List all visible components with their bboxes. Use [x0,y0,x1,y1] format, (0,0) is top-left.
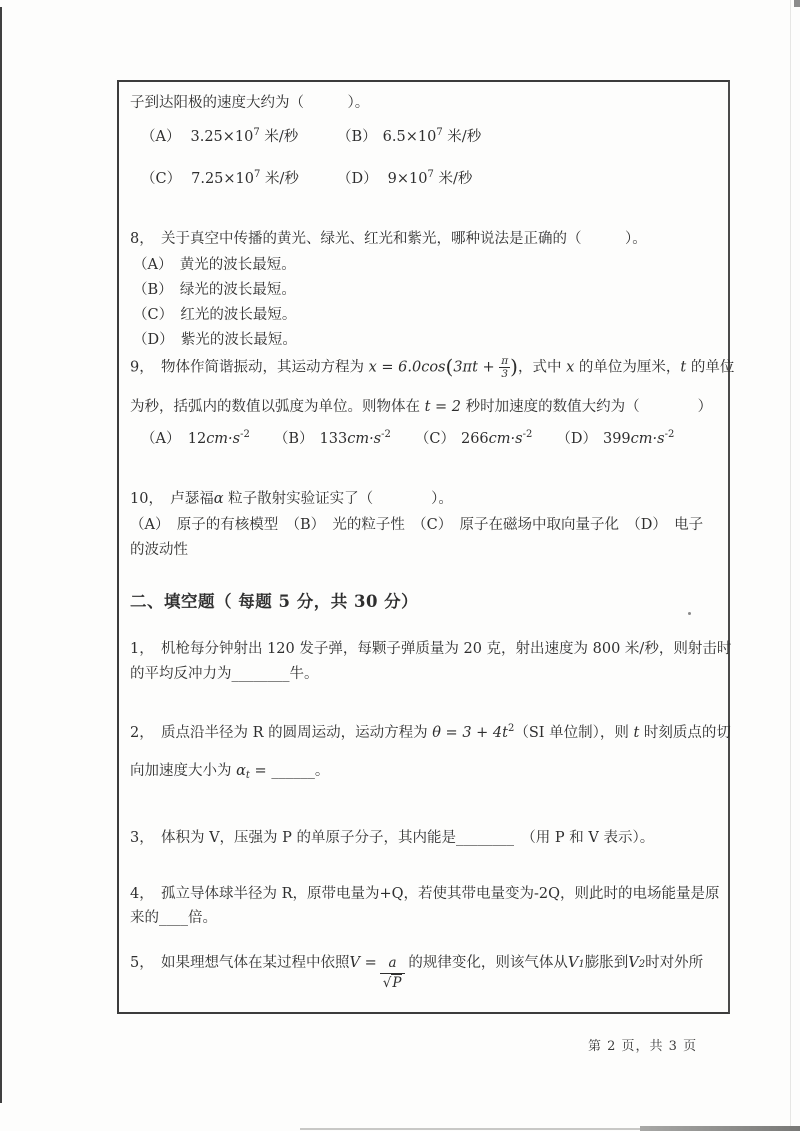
theta-equation: θ = 3 + 4t [432,725,508,741]
q8-option-a: （A） 黄光的波长最短。 [133,254,296,276]
close-paren: ) [510,355,518,379]
section-2-title: 二、填空题（ 每题 5 分，共 30 分） [130,591,418,613]
q9-option-d: （D）399cm·s-2 [556,428,674,450]
scan-edge-right-line [790,0,791,1131]
q8-stem: 8， 关于真空中传播的黄光、绿光、红光和紫光，哪种说法是正确的（ ）。 [130,228,647,250]
q9-option-a: （A） 12cm·s-2 [141,428,250,450]
option-unit: 米/秒 [434,171,473,187]
exponent: -2 [240,429,250,440]
q9-text: 的单位 [686,360,734,376]
option-unit: cm·s [489,431,523,447]
fill3-line: 3， 体积为 V，压强为 P 的单原子分子，其内能是________ （用 P … [130,827,654,849]
option-unit: cm·s [347,431,381,447]
fraction-numerator: a [386,956,400,973]
q7-options-row-1: （A）3.25×107 米/秒 （B）6.5×107 米/秒 [141,126,481,148]
pi-over-3-fraction: π3 [499,355,510,380]
q10-options-line-2: 的波动性 [130,539,188,561]
q9-equation-arg: 3πt + [453,360,499,376]
q7-option-b: （B）6.5×107 米/秒 [337,126,481,148]
page-number-footer: 第 2 页，共 3 页 [588,1036,697,1058]
q10-text: 粒子散射实验证实了（ ）。 [224,491,453,507]
exponent: -2 [523,429,533,440]
fill2-line-2: 向加速度大小为 αt = ______。 [130,760,329,782]
fill2-line-1: 2， 质点沿半径为 R 的圆周运动，运动方程为 θ = 3 + 4t2（SI 单… [130,722,731,744]
scan-edge-left-line [0,7,2,1103]
a-over-sqrt-p-fraction: a√P [380,956,406,991]
option-unit: cm·s [206,431,240,447]
q9-text: 为秒，括弧内的数值以弧度为单位。则物体在 [130,399,425,415]
radicand-p: P [391,974,402,991]
fill2-text: （SI 单位制），则 [514,725,633,741]
scanned-exam-page: 子到达阳极的速度大约为（ ）。 （A）3.25×107 米/秒 （B）6.5×1… [0,0,800,1131]
option-value: 6.5×10 [383,129,437,145]
exam-content-frame [117,80,730,1014]
q7-options-row-2: （C）7.25×107 米/秒 （D）9×107 米/秒 [141,168,472,190]
option-unit: 米/秒 [260,129,299,145]
q9-options-row: （A） 12cm·s-2 （B）133cm·s-2 （C）266cm·s-2 （… [141,428,674,450]
option-label: （A） [141,431,188,447]
q8-option-d: （D） 紫光的波长最短。 [133,329,297,351]
option-unit: 米/秒 [443,129,482,145]
alpha-symbol: α [236,763,246,779]
math-v1: V [568,952,578,974]
option-label: （D） [337,171,378,187]
option-value: 7.25×10 [191,171,254,187]
q9-line-2: 为秒，括弧内的数值以弧度为单位。则物体在 t = 2 秒时加速度的数值大约为（ … [130,396,712,418]
fill5-text: 5， 如果理想气体在某过程中依照 [130,952,349,974]
fill4-line-1: 4， 孤立导体球半径为 R，原带电量为+Q，若使其带电量变为-2Q，则此时的电场… [130,883,720,905]
exponent: -2 [381,429,391,440]
option-unit: 米/秒 [260,171,299,187]
option-value: 9×10 [388,171,428,187]
fill1-line-1: 1， 机枪每分钟射出 120 发子弹，每颗子弹质量为 20 克，射出速度为 80… [130,638,731,660]
option-label: （D） [556,431,597,447]
fill2-text: 时刻质点的切 [639,725,731,741]
fill5-text: 时对外所 [645,952,703,974]
q7-option-a: （A）3.25×107 米/秒 [141,126,337,148]
period: 。 [315,763,330,779]
q10-text: 10， 卢瑟福 [130,491,214,507]
q8-option-c: （C） 红光的波长最短。 [133,304,296,326]
q9-option-b: （B）133cm·s-2 [274,428,391,450]
exponent: -2 [665,429,675,440]
option-value: 266 [461,431,489,447]
fraction-denominator: 3 [499,367,510,380]
fill2-text: 向加速度大小为 [130,763,236,779]
option-label: （C） [141,171,181,187]
fill4-line-2: 来的____倍。 [130,907,217,929]
q9-text: 的单位为厘米， [574,360,680,376]
option-value: 133 [320,431,348,447]
q9-text: 9， 物体作简谐振动，其运动方程为 [130,360,369,376]
fill5-text: 的规律变化，则该气体从 [408,952,568,974]
q7-stem-text: 子到达阳极的速度大约为（ ）。 [130,95,369,111]
option-value: 399 [603,431,631,447]
fraction-numerator: π [499,355,510,367]
q9-text: 秒时加速度的数值大约为（ ） [461,399,712,415]
fraction-denominator: √P [380,973,406,992]
option-value: 12 [188,431,206,447]
math-t-equals-2: t = 2 [425,399,461,415]
q10-options-line-1: （A） 原子的有核模型 （B） 光的粒子性 （C） 原子在磁场中取向量子化 （D… [130,514,703,536]
q7-option-c: （C）7.25×107 米/秒 [141,168,337,190]
option-label: （A） [141,129,180,145]
scan-bottom-light-band [300,1128,645,1130]
q9-text: ，式中 [518,360,566,376]
q7-option-d: （D）9×107 米/秒 [337,168,472,190]
math-v-equals: V = [349,952,376,974]
option-value: 3.25×10 [190,129,253,145]
q8-option-b: （B） 绿光的波长最短。 [133,279,296,301]
q7-stem-tail: 子到达阳极的速度大约为（ ）。 [130,92,369,114]
q9-line-1: 9， 物体作简谐振动，其运动方程为 x = 6.0cos(3πt + π3)，式… [130,355,734,380]
scan-bottom-dark-band [640,1126,800,1131]
option-label: （C） [415,431,455,447]
q9-equation: x = 6.0cos [369,360,446,376]
alpha-symbol: α [214,491,224,507]
q9-option-c: （C）266cm·s-2 [415,428,532,450]
q10-stem: 10， 卢瑟福α 粒子散射实验证实了（ ）。 [130,488,453,510]
equals-sign: = [250,763,271,779]
scan-corner-mark [794,0,800,7]
option-label: （B） [274,431,314,447]
answer-blank: ______ [271,763,315,779]
fill5-text: 膨胀到 [585,952,629,974]
fill5-line: 5， 如果理想气体在某过程中依照 V = a√P 的规律变化，则该气体从 V1 … [130,952,703,991]
math-v2: V [628,952,638,974]
option-label: （B） [337,129,377,145]
fill2-text: 2， 质点沿半径为 R 的圆周运动，运动方程为 [130,725,432,741]
option-unit: cm·s [631,431,665,447]
fill1-line-2: 的平均反冲力为________牛。 [130,663,319,685]
